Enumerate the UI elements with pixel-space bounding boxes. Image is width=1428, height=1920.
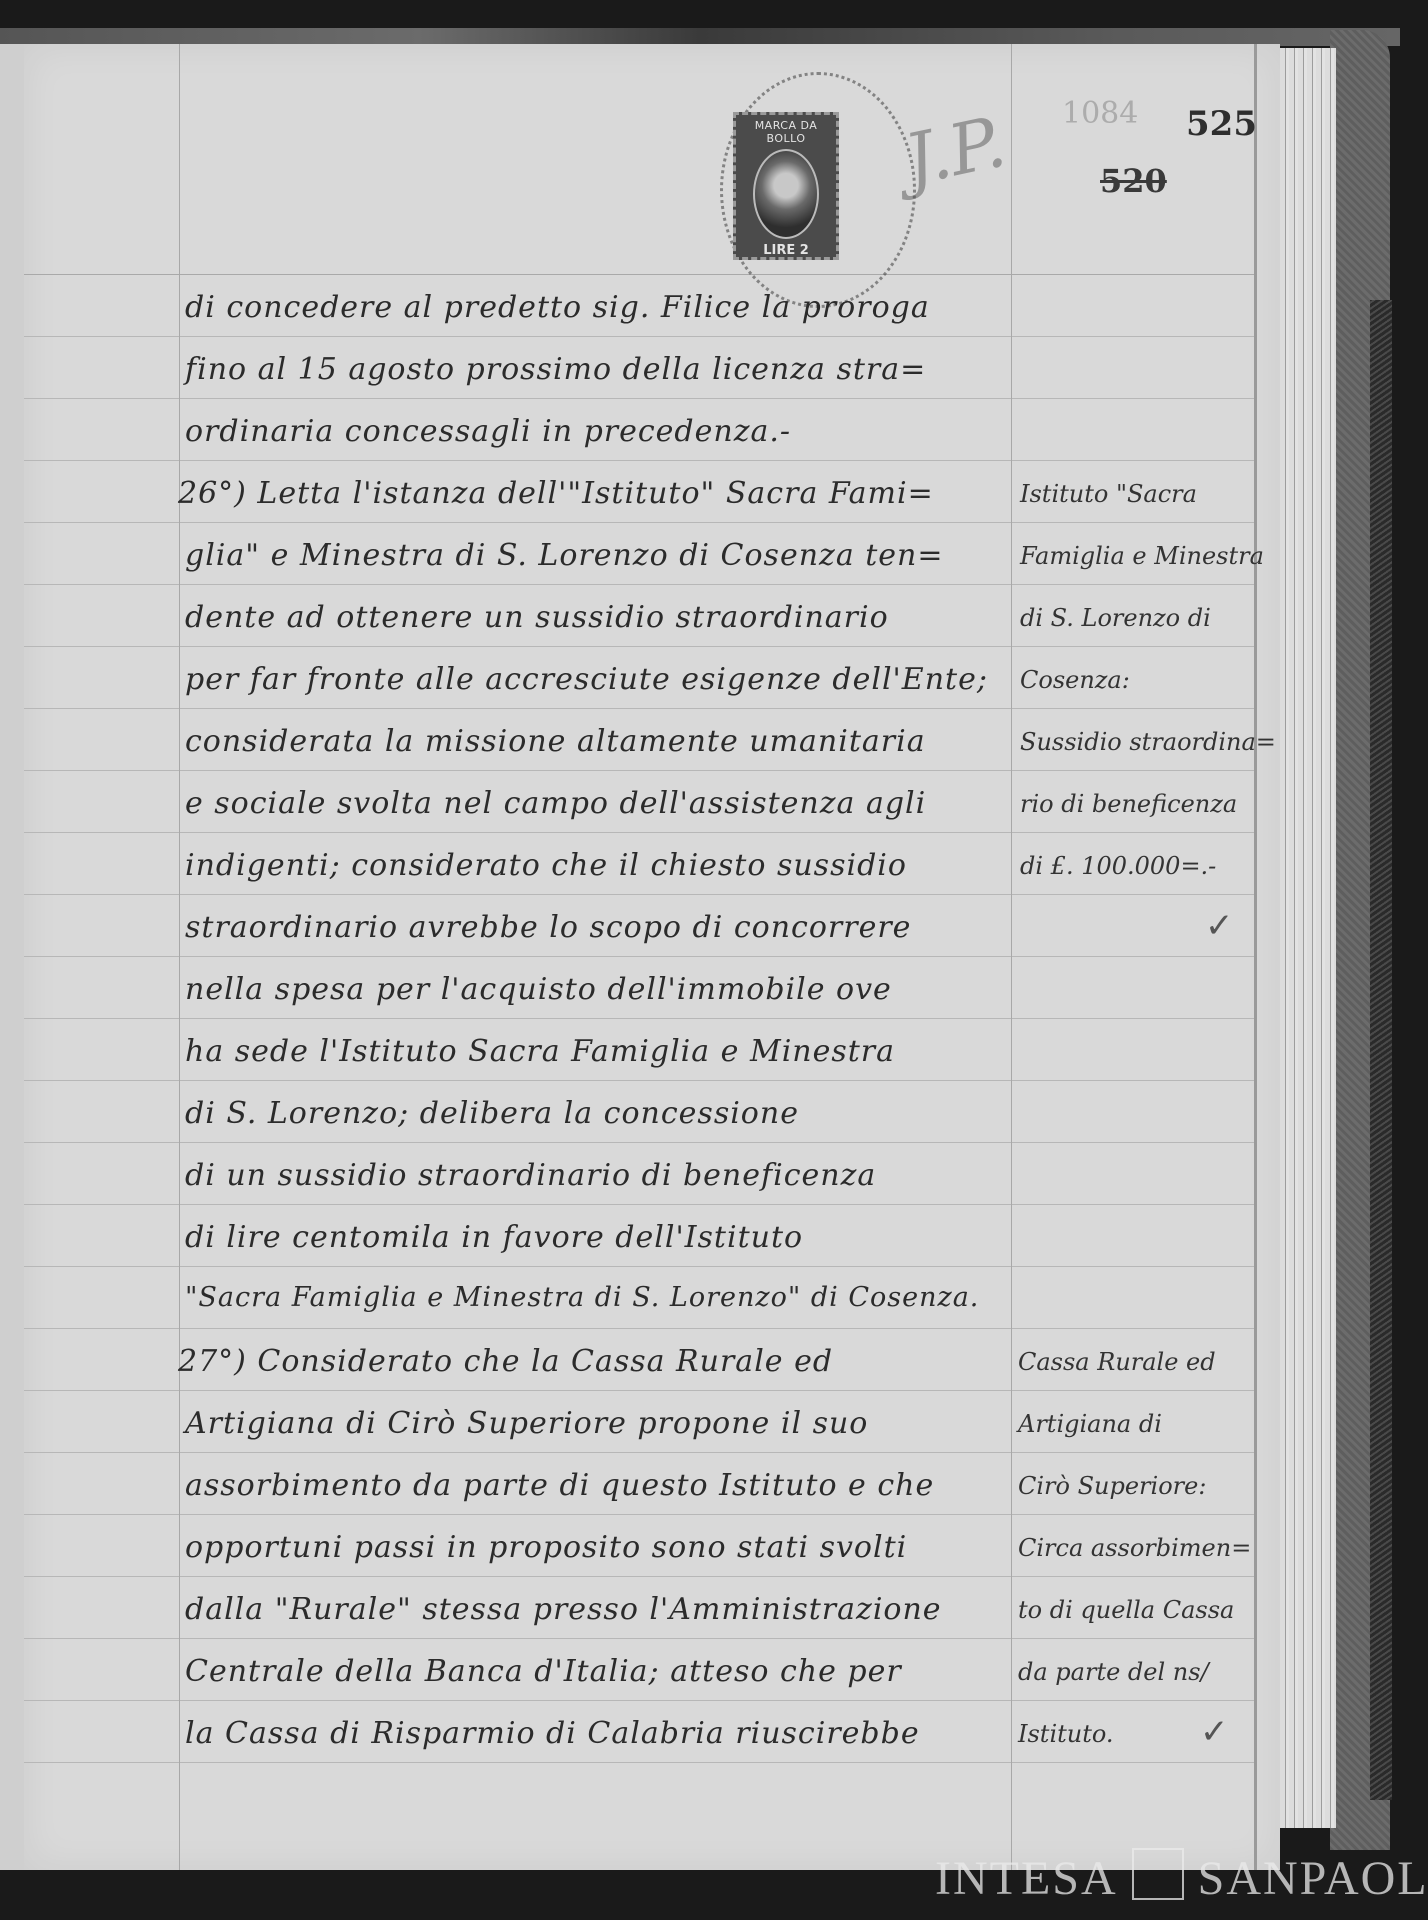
ruled-line: [24, 522, 1256, 523]
margin-note-line: Cassa Rurale ed: [1018, 1348, 1216, 1376]
ruled-line: [24, 274, 1256, 275]
ruled-line: [24, 1452, 1256, 1453]
ruled-line: [24, 1142, 1256, 1143]
body-line: glia" e Minestra di S. Lorenzo di Cosenz…: [185, 538, 944, 573]
body-line: "Sacra Famiglia e Minestra di S. Lorenzo…: [185, 1282, 979, 1313]
ruled-line: [24, 894, 1256, 895]
column-divider-line: [1011, 44, 1012, 1870]
margin-note-line: rio di beneficenza: [1020, 790, 1237, 818]
watermark-left: INTESA: [935, 1852, 1118, 1905]
body-line: straordinario avrebbe lo scopo di concor…: [185, 910, 911, 945]
ruled-line: [24, 708, 1256, 709]
ruled-line: [24, 1700, 1256, 1701]
ruled-line: [24, 1266, 1256, 1267]
body-line: dente ad ottenere un sussidio straordina…: [185, 600, 889, 635]
checkmark-icon: ✓: [1205, 906, 1234, 946]
stamp-header: MARCA DA BOLLO: [736, 119, 836, 145]
ruled-line: [24, 1576, 1256, 1577]
body-line: 27°) Considerato che la Cassa Rurale ed: [178, 1344, 833, 1379]
old-page-number: 520: [1100, 162, 1167, 200]
margin-note-line: Istituto.: [1018, 1720, 1114, 1748]
body-line: indigenti; considerato che il chiesto su…: [185, 848, 907, 883]
ruled-line: [24, 1638, 1256, 1639]
body-line: e sociale svolta nel campo dell'assisten…: [185, 786, 926, 821]
margin-note-line: Cirò Superiore:: [1018, 1472, 1206, 1500]
margin-note-line: di £. 100.000=.-: [1020, 852, 1216, 880]
ruled-line: [24, 646, 1256, 647]
margin-note-line: to di quella Cassa: [1018, 1596, 1234, 1624]
ruled-line: [24, 1390, 1256, 1391]
ruled-line: [24, 770, 1256, 771]
margin-note-line: Istituto "Sacra: [1020, 480, 1197, 508]
book-cover-cloth: [1370, 300, 1392, 1800]
body-line: di S. Lorenzo; delibera la concessione: [185, 1096, 799, 1131]
page-number: 525: [1186, 104, 1257, 144]
body-line: considerata la missione altamente umanit…: [185, 724, 926, 759]
body-line: opportuni passi in proposito sono stati …: [185, 1530, 907, 1565]
body-line: ordinaria concessagli in precedenza.-: [185, 414, 791, 449]
stamp-portrait-icon: [753, 149, 819, 239]
facing-page-edge: [0, 44, 26, 1870]
intesa-sanpaolo-watermark: INTESASANPAOLO: [935, 1848, 1428, 1906]
ruled-line: [24, 956, 1256, 957]
margin-note-line: Cosenza:: [1020, 666, 1130, 694]
checkmark-icon: ✓: [1200, 1712, 1229, 1752]
ruled-line: [24, 1204, 1256, 1205]
margin-note-line: Famiglia e Minestra: [1020, 542, 1264, 570]
body-line: la Cassa di Risparmio di Calabria riusci…: [185, 1716, 920, 1751]
page-stack-edges: [1280, 48, 1336, 1828]
ruled-line: [24, 460, 1256, 461]
ruled-line: [24, 1514, 1256, 1515]
ruled-line: [24, 336, 1256, 337]
body-line: Centrale della Banca d'Italia; atteso ch…: [185, 1654, 902, 1689]
body-line: 26°) Letta l'istanza dell'"Istituto" Sac…: [178, 476, 934, 511]
ruled-line: [24, 1018, 1256, 1019]
body-line: fino al 15 agosto prossimo della licenza…: [185, 352, 926, 387]
ruled-line: [24, 832, 1256, 833]
faded-stamp-number: 1084: [1062, 96, 1138, 131]
margin-note-line: Sussidio straordina=: [1020, 728, 1276, 756]
right-margin-line: [1254, 44, 1257, 1870]
body-line: nella spesa per l'acquisto dell'immobile…: [185, 972, 892, 1007]
ruled-line: [24, 398, 1256, 399]
ruled-line: [24, 1080, 1256, 1081]
body-line: di un sussidio straordinario di benefice…: [185, 1158, 876, 1193]
stamp-value: LIRE 2: [736, 243, 836, 258]
margin-note-line: da parte del ns/: [1018, 1658, 1209, 1686]
margin-note-line: Artigiana di: [1018, 1410, 1162, 1438]
body-line: Artigiana di Cirò Superiore propone il s…: [185, 1406, 868, 1441]
body-line: per far fronte alle accresciute esigenze…: [185, 662, 988, 697]
ruled-line: [24, 1762, 1256, 1763]
bank-logo-icon: [1132, 1848, 1184, 1900]
body-line: dalla "Rurale" stessa presso l'Amministr…: [185, 1592, 942, 1627]
left-margin-line: [179, 44, 180, 1870]
body-line: di concedere al predetto sig. Filice la …: [185, 290, 930, 325]
ruled-line: [24, 584, 1256, 585]
body-line: di lire centomila in favore dell'Istitut…: [185, 1220, 803, 1255]
margin-note-line: di S. Lorenzo di: [1020, 604, 1211, 632]
body-line: ha sede l'Istituto Sacra Famiglia e Mine…: [185, 1034, 895, 1069]
watermark-right: SANPAOLO: [1198, 1852, 1428, 1905]
margin-note-line: Circa assorbimen=: [1018, 1534, 1251, 1562]
ruled-line: [24, 1328, 1256, 1329]
body-line: assorbimento da parte di questo Istituto…: [185, 1468, 934, 1503]
revenue-stamp: MARCA DA BOLLO LIRE 2: [733, 112, 839, 260]
